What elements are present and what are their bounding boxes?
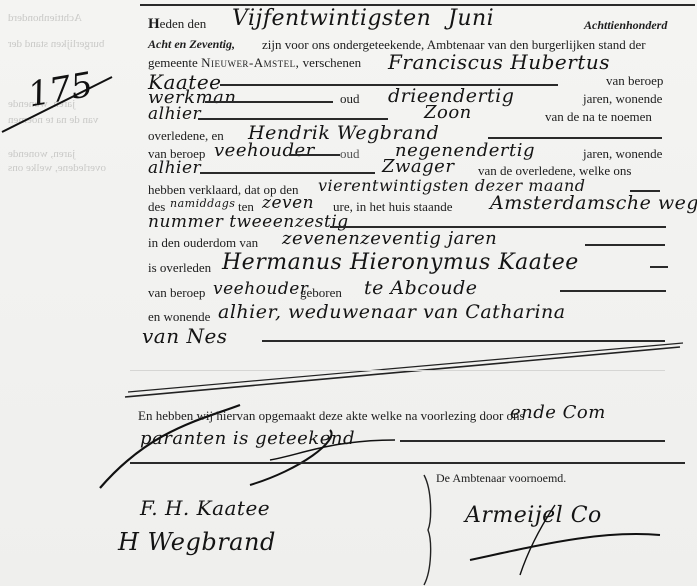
cancel-strike-lines [0,0,697,586]
signature-declarant1: F. H. Kaatee [140,498,270,518]
signature-registrar: Armeijel Co [465,505,602,527]
printed-closing: En hebben wij hiervan opgemaakt deze akt… [138,409,525,422]
death-certificate-page: Achttienhonderd burgerlijken stand der j… [0,0,697,586]
faint-rule [130,370,665,371]
signature-declarant2: H Wegbrand [118,530,276,554]
fill-rule [400,440,665,442]
hw-closing-1: ende Com [510,404,606,422]
hw-closing-2: paranten is geteekend [140,430,355,448]
fill-rule [130,462,685,464]
printed-ambtenaar: De Ambtenaar voornoemd. [436,472,566,484]
